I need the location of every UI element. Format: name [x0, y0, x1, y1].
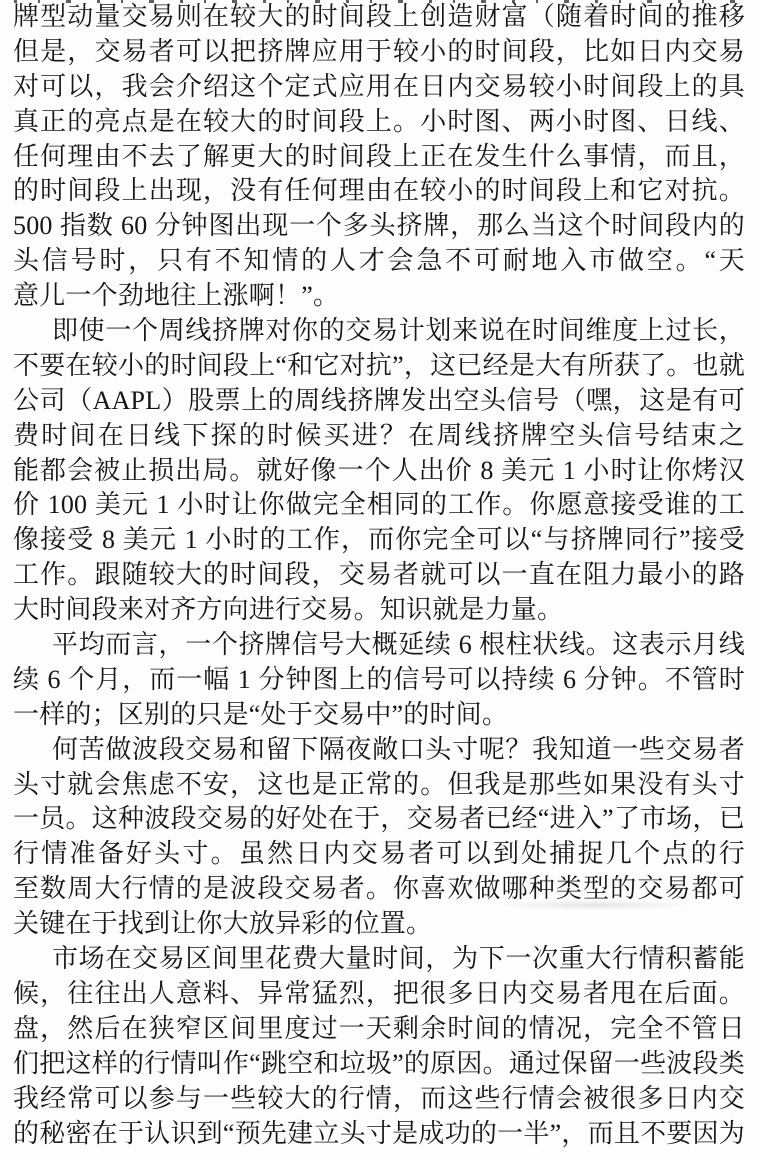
- text-line: 牌型动量交易则在较大的时间段上创造财富（随着时间的推移逐步建立账户价值）。: [13, 0, 745, 35]
- text-line: 费时间在日线下探的时候买进？在周线挤牌空头信号结束之前，这些多头买进很可: [13, 419, 745, 454]
- text-line: 至数周大行情的是波段交易者。你喜欢做哪种类型的交易都可以，只要注意交易的: [13, 872, 745, 907]
- text-line: 一样的；区别的只是“处于交易中”的时间。: [13, 698, 745, 733]
- text-line: 意儿一个劲地往上涨啊！”。: [13, 279, 745, 314]
- text-line: 真正的亮点是在较大的时间段上。小时图、两小时图、日线、周线、月线……没有: [13, 105, 745, 140]
- text-line: 价 100 美元 1 小时让你做完全相同的工作。你愿意接受谁的工作？对抗周线挤牌…: [13, 488, 745, 523]
- text-line: 像接受 8 美元 1 小时的工作，而你完全可以“与挤牌同行”接受 100 美元 …: [13, 523, 745, 558]
- text-line: 们把这样的行情叫作“跳空和垃圾”的原因。通过保留一些波段类型的敞口头寸，: [13, 1047, 745, 1082]
- text-line: 500 指数 60 分钟图出现一个多头挤牌，那么当这个时间段内的 5 分钟图上出…: [13, 209, 745, 244]
- text-line: 不要在较小的时间段上“和它对抗”，这已经是大有所获了。也就是说，如果苹果: [13, 349, 745, 384]
- text-line: 公司（AAPL）股票上的周线挤牌发出空头信号（嘿，这是有可能的），那么何必浪: [13, 384, 745, 419]
- text-line: 关键在于找到让你大放异彩的位置。: [13, 907, 745, 942]
- text-line: 平均而言，一个挤牌信号大概延续 6 根柱状线。这表示月线图上的信号可以持: [13, 628, 745, 663]
- text-line: 市场在交易区间里花费大量时间，为下一次重大行情积蓄能量。行情爆发的时: [13, 942, 745, 977]
- text-line: 一员。这种波段交易的好处在于，交易者已经“进入”了市场，已经为即将开始的: [13, 802, 745, 837]
- text-line: 何苦做波段交易和留下隔夜敞口头寸呢？我知道一些交易者如果留下隔夜敞口: [13, 733, 745, 768]
- book-page: 牌型动量交易则在较大的时间段上创造财富（随着时间的推移逐步建立账户价值）。但是，…: [0, 0, 758, 1154]
- page-text: 牌型动量交易则在较大的时间段上创造财富（随着时间的推移逐步建立账户价值）。但是，…: [13, 0, 745, 1151]
- text-line: 工作。跟随较大的时间段，交易者就可以一直在阻力最小的路径上前进——根据较: [13, 558, 745, 593]
- text-line: 盘，然后在狭窄区间里度过一天剩余时间的情况，完全不管日内交易者。这就是我: [13, 1012, 745, 1047]
- text-line: 大时间段来对齐方向进行交易。知识就是力量。: [13, 593, 745, 628]
- text-line: 对可以，我会介绍这个定式应用在日内交易较小时间段上的具体例子。但这个定式: [13, 70, 745, 105]
- text-line: 候，往往出人意料、异常猛烈，把很多日内交易者甩在后面。这也包括市场跳空开: [13, 977, 745, 1012]
- text-line: 行情准备好头寸。虽然日内交易者可以到处捕捉几个点的行情，但是捕捉到数日甚: [13, 837, 745, 872]
- text-line: 我经常可以参与一些较大的行情，而这些行情会被很多日内交易者错过。波段交易: [13, 1082, 745, 1117]
- text-line: 的秘密在于认识到“预先建立头寸是成功的一半”，而且不要因为头寸没有马上获: [13, 1117, 745, 1152]
- text-line: 能都会被止损出局。就好像一个人出价 8 美元 1 小时让你烤汉堡包，而另一个人出: [13, 454, 745, 489]
- text-line: 头寸就会焦虑不安，这也是正常的。但我是那些如果没有头寸就睡不着觉的人里的: [13, 768, 745, 803]
- text-line: 头信号时，只有不知情的人才会急不可耐地入市做空。“天哪，”他们会说，“这玩: [13, 244, 745, 279]
- text-line: 即使一个周线挤牌对你的交易计划来说在时间维度上过长，但最起码你注意到: [13, 314, 745, 349]
- text-line: 的时间段上出现，没有任何理由在较小的时间段上和它对抗。例如，如果标准普尔: [13, 174, 745, 209]
- text-line: 任何理由不去了解更大的时间段上正在发生什么事情，而且，假如挤牌在这些更大: [13, 140, 745, 175]
- text-line: 但是，交易者可以把挤牌应用于较小的时间段，比如日内交易和 5 分钟图上吗？绝: [13, 35, 745, 70]
- text-line: 续 6 个月，而一幅 1 分钟图上的信号可以持续 6 分钟。不管时间段有多长，信…: [13, 663, 745, 698]
